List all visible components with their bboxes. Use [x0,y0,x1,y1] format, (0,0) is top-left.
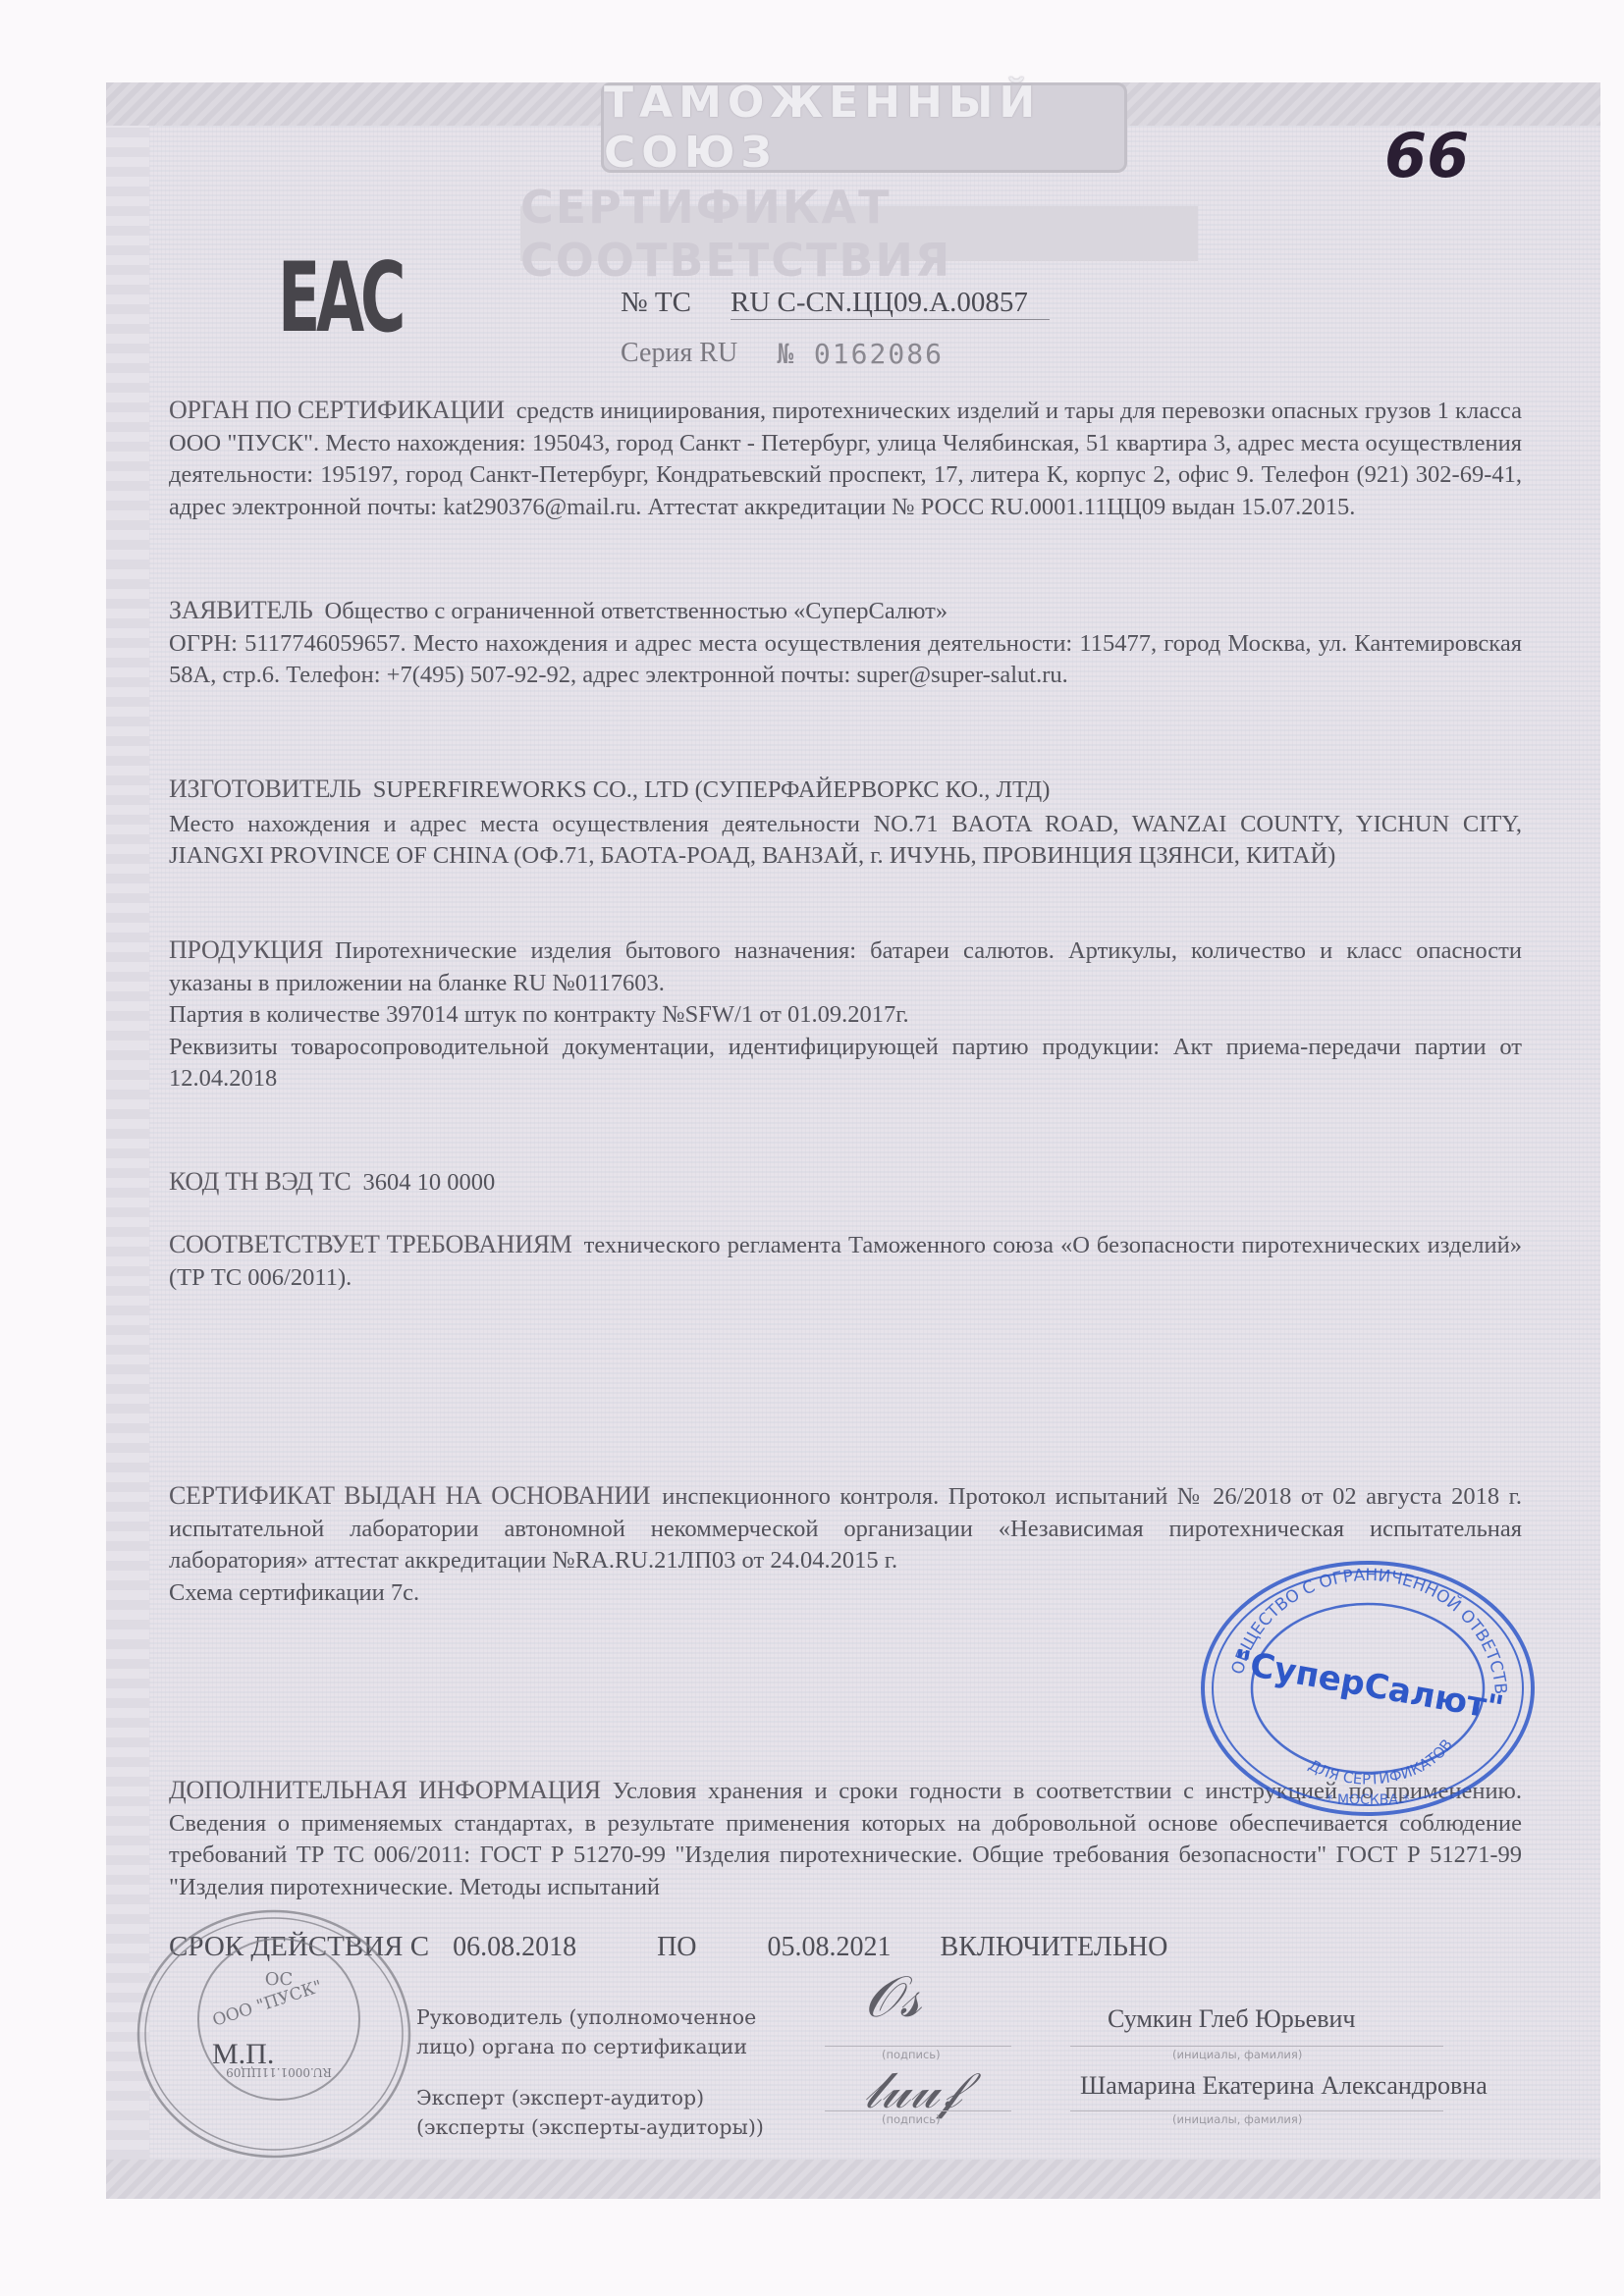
signature-caption: (подпись) [882,2112,941,2126]
manufacturer-details: Место нахождения и адрес места осуществл… [169,809,1522,873]
applicant-name: Общество с ограниченной ответственностью… [325,598,948,624]
signature-caption: (подпись) [882,2048,941,2061]
head-name: Сумкин Глеб Юрьевич [1108,2004,1355,2034]
signature-line [825,2110,1011,2111]
manufacturer-name: SUPERFIREWORKS CO., LTD (СУПЕРФАЙЕРВОРКС… [373,776,1051,803]
svg-text:RU.0001.11ЦЦ09: RU.0001.11ЦЦ09 [226,2065,332,2079]
section-product: ПРОДУКЦИЯПиротехнические изделия бытовог… [169,934,1522,1095]
section-manufacturer: ИЗГОТОВИТЕЛЬSUPERFIREWORKS CO., LTD (СУП… [169,774,1522,873]
product-batch: Партия в количестве 397014 штук по контр… [169,999,1522,1032]
certificate-title-banner: СЕРТИФИКАТ СООТВЕТСТВИЯ [520,206,1198,261]
product-text: Пиротехнические изделия бытового назначе… [169,937,1522,996]
validity-to-label: ПО [657,1932,696,1963]
series-label: Серия RU [621,338,737,370]
validity-from: 06.08.2018 [453,1932,576,1963]
customs-union-banner: ТАМОЖЕННЫЙ СОЮЗ [601,82,1127,173]
ornamental-border-bottom [106,2160,1600,2199]
handwritten-page-number: 66 [1384,120,1469,191]
stamp-center-text: "СуперСалют" [1230,1642,1507,1729]
section-label: ЗАЯВИТЕЛЬ [169,596,313,624]
certificate-number-label: № ТС [621,287,691,320]
name-line [1070,2046,1443,2047]
blank-number: № 0162086 [777,338,944,370]
expert-name: Шамарина Екатерина Александровна [1080,2071,1488,2101]
name-caption: (инициалы, фамилия) [1172,2048,1302,2061]
section-conformity: СООТВЕТСТВУЕТ ТРЕБОВАНИЯМтехнического ре… [169,1229,1522,1294]
head-role-label: Руководитель (уполномоченное лицо) орган… [416,2002,756,2061]
svg-text:ДЛЯ СЕРТИФИКАТОВ: ДЛЯ СЕРТИФИКАТОВ [1306,1735,1456,1788]
expert-role-label: Эксперт (эксперт-аудитор) (эксперты (экс… [416,2083,764,2142]
applicant-round-stamp-icon: ОБЩЕСТВО С ОГРАНИЧЕННОЙ ОТВЕТСТВЕННОСТЬЮ… [1186,1551,1549,1816]
section-label: ОРГАН ПО СЕРТИФИКАЦИИ [169,396,505,424]
applicant-details: ОГРН: 5117746059657. Место нахождения и … [169,628,1522,692]
validity-to: 05.08.2021 [768,1932,892,1963]
validity-inclusive: ВКЛЮЧИТЕЛЬНО [941,1932,1168,1963]
section-label: СЕРТИФИКАТ ВЫДАН НА ОСНОВАНИИ [169,1481,650,1510]
head-signature: 𝒪𝓈 [864,1963,921,2031]
name-caption: (инициалы, фамилия) [1172,2112,1302,2126]
tn-ved-code-value: 3604 10 0000 [362,1169,495,1196]
signature-line [825,2046,1011,2047]
section-label: ИЗГОТОВИТЕЛЬ [169,774,361,803]
section-label: КОД ТН ВЭД ТС [169,1167,351,1196]
section-label: ПРОДУКЦИЯ [169,935,323,964]
section-label: СООТВЕТСТВУЕТ ТРЕБОВАНИЯМ [169,1230,572,1258]
ornamental-border-left [106,126,149,2160]
eac-logo-icon: ЕАС [278,252,345,346]
certification-body-round-stamp-icon: ОС ООО "ПУСК" RU.0001.11ЦЦ09 [132,1906,416,2162]
name-line [1070,2110,1443,2111]
section-applicant: ЗАЯВИТЕЛЬОбщество с ограниченной ответст… [169,595,1522,692]
certificate-number-row: № ТС RU C-CN.ЦЦ09.А.00857 [621,287,1050,320]
certificate-number: RU C-CN.ЦЦ09.А.00857 [731,287,1050,320]
section-certification-body: ОРГАН ПО СЕРТИФИКАЦИИсредств инициирован… [169,395,1522,523]
series-row: Серия RU № 0162086 [621,338,944,370]
svg-text:* МОСКВА *: * МОСКВА * [1326,1792,1410,1808]
section-tn-ved-code: КОД ТН ВЭД ТС3604 10 0000 [169,1166,1522,1200]
product-documents: Реквизиты товаросопроводительной докумен… [169,1032,1522,1095]
section-label: ДОПОЛНИТЕЛЬНАЯ ИНФОРМАЦИЯ [169,1776,601,1804]
